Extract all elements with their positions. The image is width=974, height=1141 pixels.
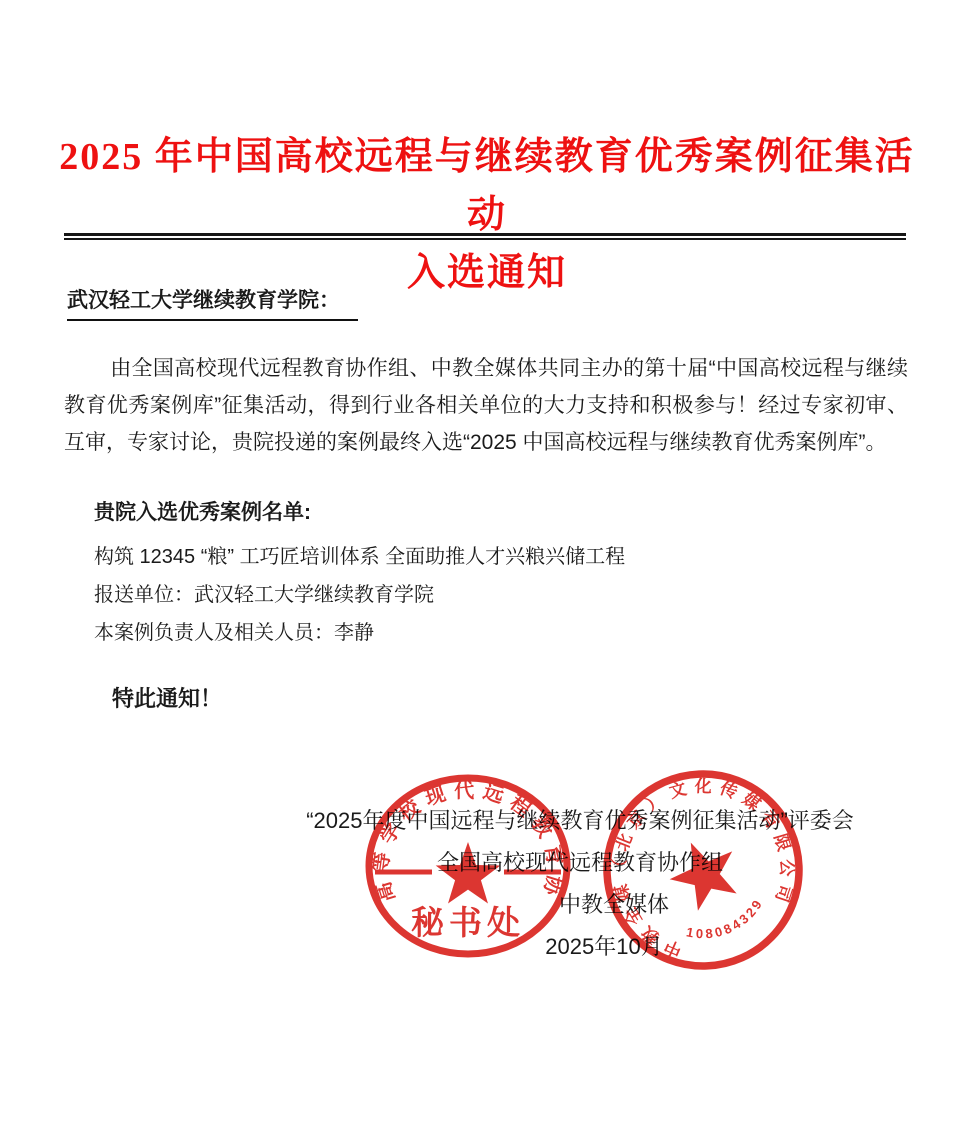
title-divider-rule — [64, 233, 906, 240]
notice-statement: 特此通知！ — [112, 682, 222, 713]
seal-center-label: 秘书处 — [411, 904, 525, 941]
case-list-heading: 贵院入选优秀案例名单: — [94, 498, 874, 528]
case-list-section: 贵院入选优秀案例名单: 构筑 12345 “粮” 工巧匠培训体系 全面助推人才兴… — [94, 498, 874, 652]
salutation: 武汉轻工大学继续教育学院： — [67, 284, 358, 321]
company-seal-icon: 中教全媒（北京）文化传媒有限公司 01080843293 — [597, 766, 809, 978]
star-icon — [660, 829, 749, 916]
star-icon — [436, 842, 501, 904]
document-title: 2025 年中国高校远程与继续教育优秀案例征集活动 入选通知 — [40, 128, 934, 302]
document-page: 2025 年中国高校远程与继续教育优秀案例征集活动 入选通知 武汉轻工大学继续教… — [0, 0, 974, 1141]
submitting-unit-line: 报送单位：武汉轻工大学继续教育学院 — [94, 576, 874, 614]
responsible-person-line: 本案例负责人及相关人员：李静 — [94, 614, 874, 652]
secretariat-seal-icon: 全国高等学校现代远程教育协作组 秘书处 — [362, 772, 574, 968]
document-title-line1: 2025 年中国高校远程与继续教育优秀案例征集活动 — [40, 128, 934, 244]
body-paragraph: 由全国高校现代远程教育协作组、中教全媒体共同主办的第十届“中国高校远程与继续教育… — [64, 350, 908, 461]
case-title-line: 构筑 12345 “粮” 工巧匠培训体系 全面助推人才兴粮兴储工程 — [94, 538, 874, 576]
